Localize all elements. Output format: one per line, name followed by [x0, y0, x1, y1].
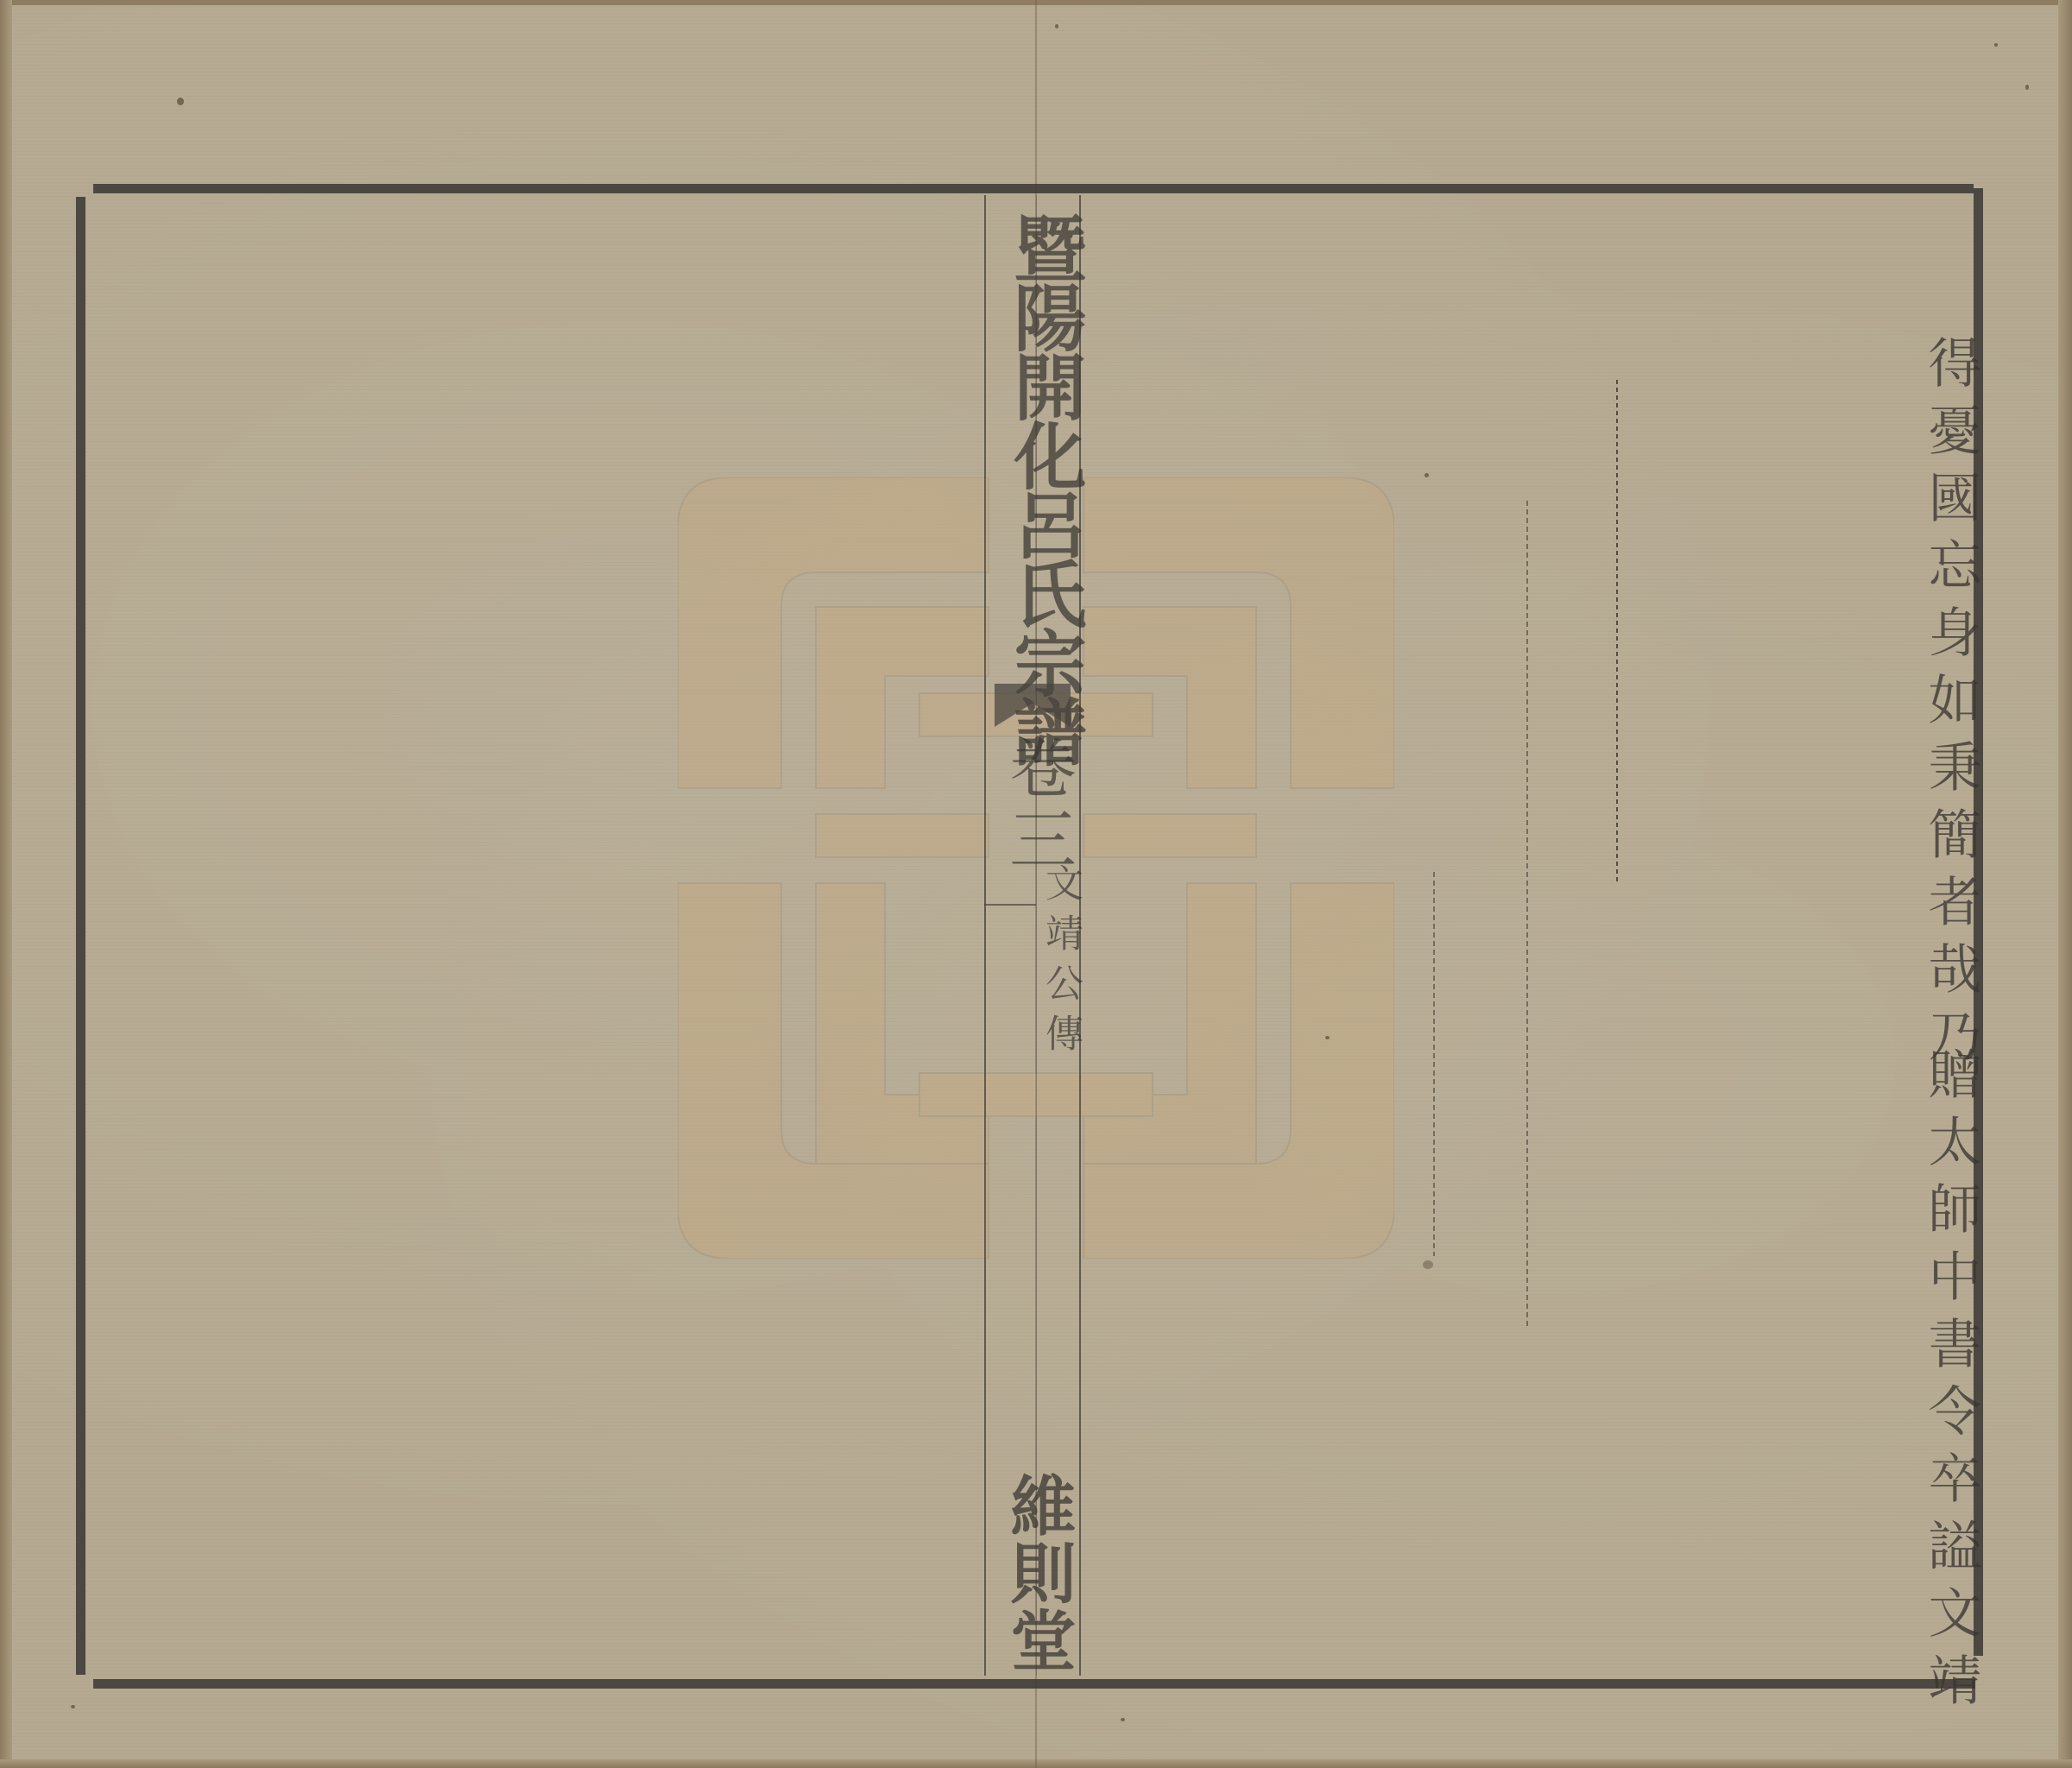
text-column: 贈太師中書令卒謚文靖	[1908, 1046, 1977, 1720]
volume-number: 卷三	[993, 732, 1071, 877]
page-right-edge	[2058, 0, 2072, 1768]
page-left-edge	[0, 0, 12, 1768]
center-column-crossbar	[984, 904, 1036, 906]
ruling-line	[1616, 380, 1618, 885]
frame-border-top	[93, 184, 1974, 193]
frame-border-bottom	[93, 1679, 1975, 1689]
genealogy-title: 暨陽開化呂氏宗譜	[984, 212, 1081, 764]
text-column: 得憂國忘身如秉簡者哉乃	[1908, 335, 1977, 1076]
hall-name: 維則堂	[993, 1472, 1071, 1674]
ruling-line	[1433, 872, 1435, 1256]
scanned-page-spread: 暨陽開化呂氏宗譜 卷三 文靖公傳 維則堂 得憂國忘身如秉簡者哉乃 贈太師中書令卒…	[0, 0, 2072, 1768]
section-title: 文靖公傳	[1040, 863, 1079, 1064]
frame-border-left	[76, 197, 85, 1675]
ruling-line	[1526, 501, 1528, 1329]
